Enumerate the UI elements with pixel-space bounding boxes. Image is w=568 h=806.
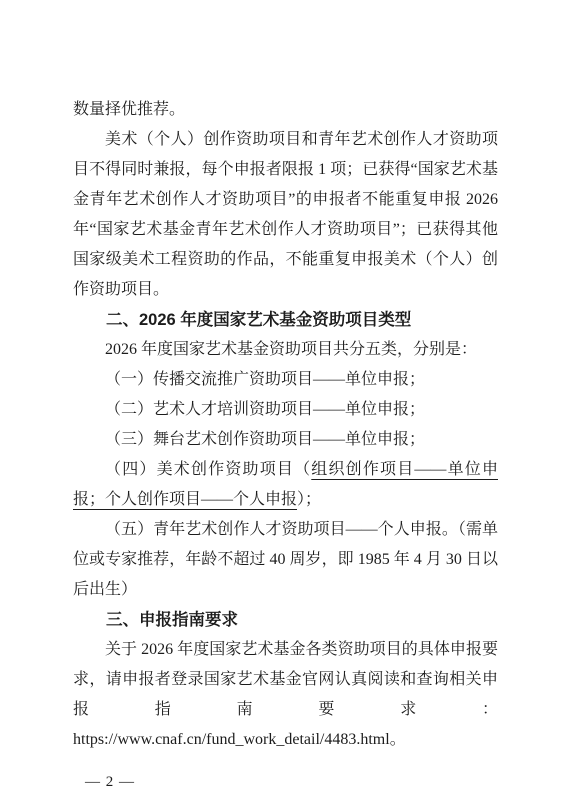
- list-item-talent-training: （二）艺术人才培训资助项目——单位申报；: [73, 395, 498, 425]
- page-number: — 2 —: [73, 767, 498, 797]
- list-item-dissemination: （一）传播交流推广资助项目——单位申报；: [73, 365, 498, 395]
- list-item-fine-art-suffix: ）；: [297, 491, 321, 508]
- guide-url: https://www.cnaf.cn/fund_work_detail/448…: [73, 731, 390, 748]
- list-item-fine-art-prefix: （四）美术创作资助项目（: [105, 461, 311, 478]
- paragraph-continuation: 数量择优推荐。: [73, 95, 498, 125]
- section-heading-project-types: 二、2026 年度国家艺术基金资助项目类型: [73, 305, 498, 335]
- list-item-young-talent: （五）青年艺术创作人才资助项目——个人申报。（需单位或专家推荐，年龄不超过 40…: [73, 515, 498, 605]
- paragraph-guide-requirements: 关于 2026 年度国家艺术基金各类资助项目的具体申报要求，请申报者登录国家艺术…: [73, 635, 498, 755]
- paragraph-dual-application-rule: 美术（个人）创作资助项目和青年艺术创作人才资助项目不得同时兼报，每个申报者限报 …: [73, 125, 498, 305]
- document-page: 数量择优推荐。 美术（个人）创作资助项目和青年艺术创作人才资助项目不得同时兼报，…: [0, 0, 568, 806]
- section-heading-guide-requirements: 三、申报指南要求: [73, 605, 498, 635]
- paragraph-five-types-intro: 2026 年度国家艺术基金资助项目共分五类，分别是：: [73, 335, 498, 365]
- list-item-stage-art: （三）舞台艺术创作资助项目——单位申报；: [73, 425, 498, 455]
- paragraph-guide-text: 关于 2026 年度国家艺术基金各类资助项目的具体申报要求，请申报者登录国家艺术…: [73, 641, 498, 718]
- paragraph-guide-suffix: 。: [390, 731, 406, 748]
- list-item-fine-art: （四）美术创作资助项目（组织创作项目——单位申报；个人创作项目——个人申报）；: [73, 455, 498, 515]
